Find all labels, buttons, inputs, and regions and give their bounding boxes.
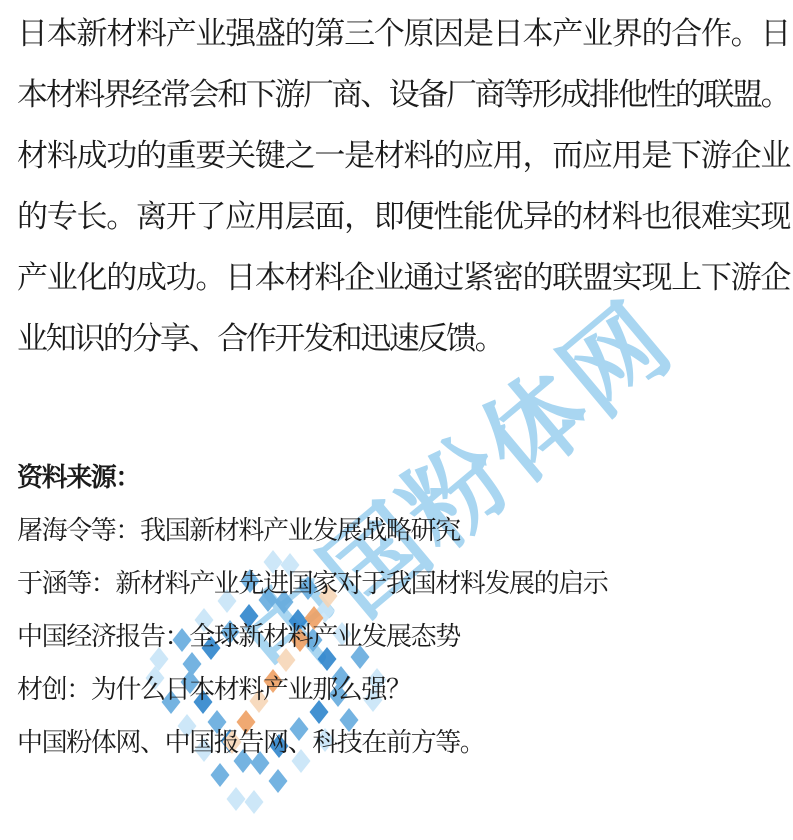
source-item: 材创：为什么日本材料产业那么强？ [17, 663, 793, 716]
sources-section: 资料来源： 屠海令等：我国新材料产业发展战略研究 于涵等：新材料产业先进国家对于… [0, 451, 793, 769]
paragraph-line: 材料成功的重要关键之一是材料的应用，而应用是下游企业 [17, 125, 789, 186]
article-paragraph: 日本新材料产业强盛的第三个原因是日本产业界的合作。日 本材料界经常会和下游厂商、… [0, 0, 793, 369]
paragraph-line: 本材料界经常会和下游厂商、设备厂商等形成排他性的联盟。 [17, 64, 789, 125]
source-item: 于涵等：新材料产业先进国家对于我国材料发展的启示 [17, 557, 793, 610]
paragraph-line: 产业化的成功。日本材料企业通过紧密的联盟实现上下游企 [17, 247, 789, 308]
source-item: 中国经济报告：全球新材料产业发展态势 [17, 610, 793, 663]
source-item: 屠海令等：我国新材料产业发展战略研究 [17, 504, 793, 557]
paragraph-line: 业知识的分享、合作开发和迅速反馈。 [17, 308, 789, 369]
sources-heading: 资料来源： [17, 451, 793, 504]
document-page: 日本新材料产业强盛的第三个原因是日本产业界的合作。日 本材料界经常会和下游厂商、… [0, 0, 793, 769]
paragraph-line: 的专长。离开了应用层面，即便性能优异的材料也很难实现 [17, 186, 789, 247]
source-item: 中国粉体网、中国报告网、科技在前方等。 [17, 716, 793, 769]
paragraph-line: 日本新材料产业强盛的第三个原因是日本产业界的合作。日 [17, 3, 789, 64]
